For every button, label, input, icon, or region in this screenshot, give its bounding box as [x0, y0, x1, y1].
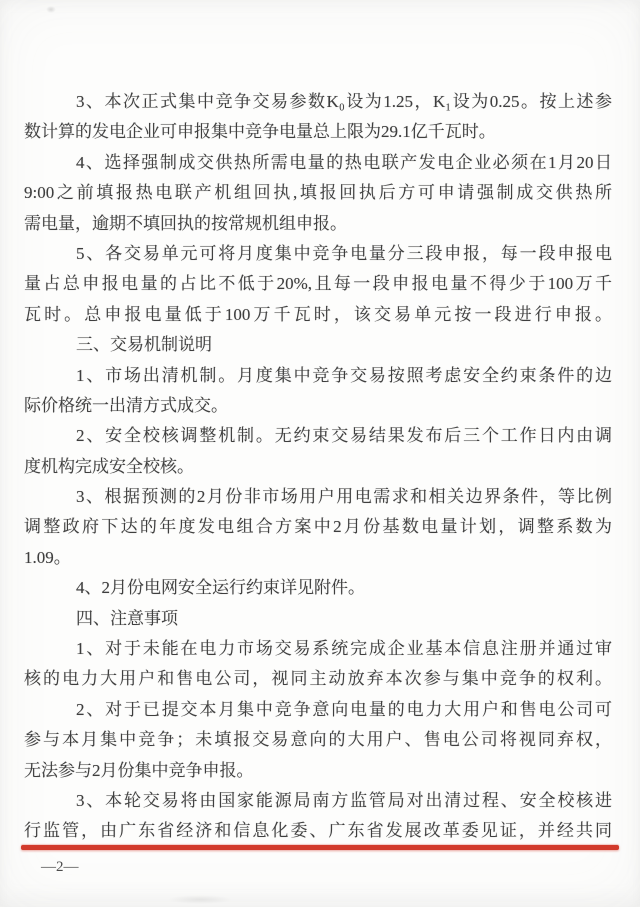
text-line: 9:00之前填报热电联产机组回执,填报回执后方可申请强制成交供热所: [24, 178, 612, 208]
scan-artifact-bottom: [168, 895, 232, 904]
text-line: 核的电力大用户和售电公司，视同主动放弃本次参与集中竞争的权利。: [24, 664, 612, 694]
text-line: 2、对于已提交本月集中竞争意向电量的电力大用户和售电公司可: [24, 695, 612, 725]
text-line-content: 1、对于未能在电力市场交易系统完成企业基本信息注册并通过审: [76, 639, 612, 658]
text-line-content: 量占总申报电量的占比不低于20%,且每一段申报电量不得少于100万千: [24, 274, 612, 293]
text-line-content: 1、市场出清机制。月度集中竞争交易按照考虑安全约束条件的边: [76, 366, 612, 385]
scanned-document-page: 3、本次正式集中竞争交易参数K₀设为1.25，K₁设为0.25。按上述参数计算的…: [0, 0, 640, 907]
text-line: 三、交易机制说明: [24, 330, 612, 360]
text-line: 行监管，由广东省经济和信息化委、广东省发展改革委见证，并经共同: [24, 816, 612, 846]
text-line: 参与本月集中竞争；未填报交易意向的大用户、售电公司将视同弃权，: [24, 725, 612, 755]
text-line: 1、市场出清机制。月度集中竞争交易按照考虑安全约束条件的边: [24, 361, 612, 391]
text-line-content: 3、本轮交易将由国家能源局南方监管局对出清过程、安全校核进: [76, 791, 612, 810]
scan-artifact-top: [46, 6, 56, 13]
text-line-content: 参与本月集中竞争；未填报交易意向的大用户、售电公司将视同弃权，: [24, 730, 612, 749]
text-line-content: 行监管，由广东省经济和信息化委、广东省发展改革委见证，并经共同: [24, 821, 612, 840]
text-line: 量占总申报电量的占比不低于20%,且每一段申报电量不得少于100万千: [24, 269, 612, 299]
text-line: 2、安全校核调整机制。无约束交易结果发布后三个工作日内由调: [24, 421, 612, 451]
text-line: 4、2月份电网安全运行约束详见附件。: [24, 573, 612, 603]
text-line-content: 三、交易机制说明: [76, 335, 212, 354]
text-line: 4、选择强制成交供热所需电量的热电联产发电企业必须在1月20日: [24, 148, 612, 178]
text-line-content: 2、对于已提交本月集中竞争意向电量的电力大用户和售电公司可: [76, 700, 612, 719]
text-line-content: 2、安全校核调整机制。无约束交易结果发布后三个工作日内由调: [76, 426, 612, 445]
text-line-content: 瓦时。总申报电量低于100万千瓦时，该交易单元按一段进行申报。: [24, 305, 612, 324]
text-line-content: 四、注意事项: [76, 609, 178, 628]
text-line: 3、本轮交易将由国家能源局南方监管局对出清过程、安全校核进: [24, 786, 612, 816]
text-line: 无法参与2月份集中竞争申报。: [24, 756, 612, 786]
text-line-content: 5、各交易单元可将月度集中竞争电量分三段申报，每一段申报电: [76, 244, 612, 263]
text-line-content: 数计算的发电企业可申报集中竞争电量总上限为29.1亿千瓦时。: [24, 122, 496, 141]
text-line: 5、各交易单元可将月度集中竞争电量分三段申报，每一段申报电: [24, 239, 612, 269]
text-line: 度机构完成安全校核。: [24, 452, 612, 482]
page-number: —2—: [41, 857, 79, 877]
red-underline-mark: [21, 845, 619, 850]
document-body: 3、本次正式集中竞争交易参数K₀设为1.25，K₁设为0.25。按上述参数计算的…: [24, 87, 612, 847]
text-line-content: 3、根据预测的2月份非市场用户用电需求和相关边界条件，等比例: [76, 487, 612, 506]
text-line-content: 9:00之前填报热电联产机组回执,填报回执后方可申请强制成交供热所: [24, 183, 612, 202]
text-line-content: 4、2月份电网安全运行约束详见附件。: [76, 578, 365, 597]
text-line-content: 核的电力大用户和售电公司，视同主动放弃本次参与集中竞争的权利。: [24, 669, 612, 688]
text-line-content: 无法参与2月份集中竞争申报。: [24, 761, 254, 780]
text-line: 1、对于未能在电力市场交易系统完成企业基本信息注册并通过审: [24, 634, 612, 664]
text-line: 1.09。: [24, 543, 612, 573]
text-line-content: 调整政府下达的年度发电组合方案中2月份基数电量计划，调整系数为: [24, 517, 612, 536]
text-line: 需电量，逾期不填回执的按常规机组申报。: [24, 209, 612, 239]
text-line: 3、本次正式集中竞争交易参数K₀设为1.25，K₁设为0.25。按上述参: [24, 87, 612, 117]
text-line-content: 3、本次正式集中竞争交易参数K₀设为1.25，K₁设为0.25。按上述参: [76, 92, 612, 111]
text-line-content: 1.09。: [24, 548, 71, 567]
text-line-content: 需电量，逾期不填回执的按常规机组申报。: [24, 214, 347, 233]
text-line: 3、根据预测的2月份非市场用户用电需求和相关边界条件，等比例: [24, 482, 612, 512]
text-line-content: 际价格统一出清方式成交。: [24, 396, 228, 415]
text-line: 数计算的发电企业可申报集中竞争电量总上限为29.1亿千瓦时。: [24, 117, 612, 147]
text-line: 调整政府下达的年度发电组合方案中2月份基数电量计划，调整系数为: [24, 512, 612, 542]
text-line-content: 度机构完成安全校核。: [24, 457, 194, 476]
text-line-content: 4、选择强制成交供热所需电量的热电联产发电企业必须在1月20日: [76, 153, 612, 172]
text-line: 际价格统一出清方式成交。: [24, 391, 612, 421]
text-line: 瓦时。总申报电量低于100万千瓦时，该交易单元按一段进行申报。: [24, 300, 612, 330]
text-line: 四、注意事项: [24, 604, 612, 634]
